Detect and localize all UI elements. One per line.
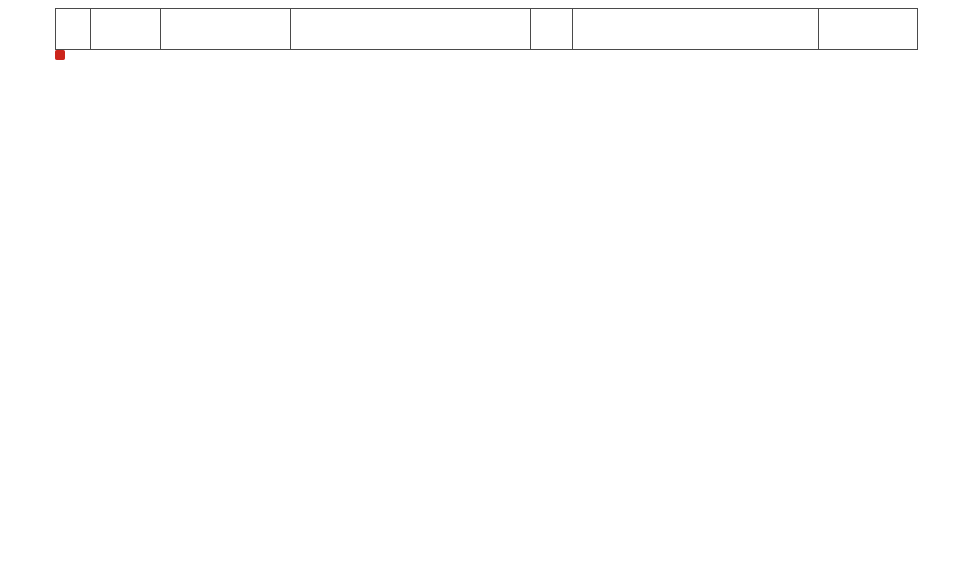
col-header-group xyxy=(91,9,161,50)
header-row xyxy=(56,9,918,50)
awards-table-wrap xyxy=(55,8,918,50)
page xyxy=(0,0,980,585)
col-header-school xyxy=(161,9,291,50)
col-header-no xyxy=(56,9,91,50)
col-header-advisors xyxy=(819,9,918,50)
col-header-award xyxy=(531,9,573,50)
col-header-project xyxy=(291,9,531,50)
col-header-authors xyxy=(573,9,819,50)
awards-table xyxy=(55,8,918,50)
highlight-box xyxy=(55,50,65,60)
